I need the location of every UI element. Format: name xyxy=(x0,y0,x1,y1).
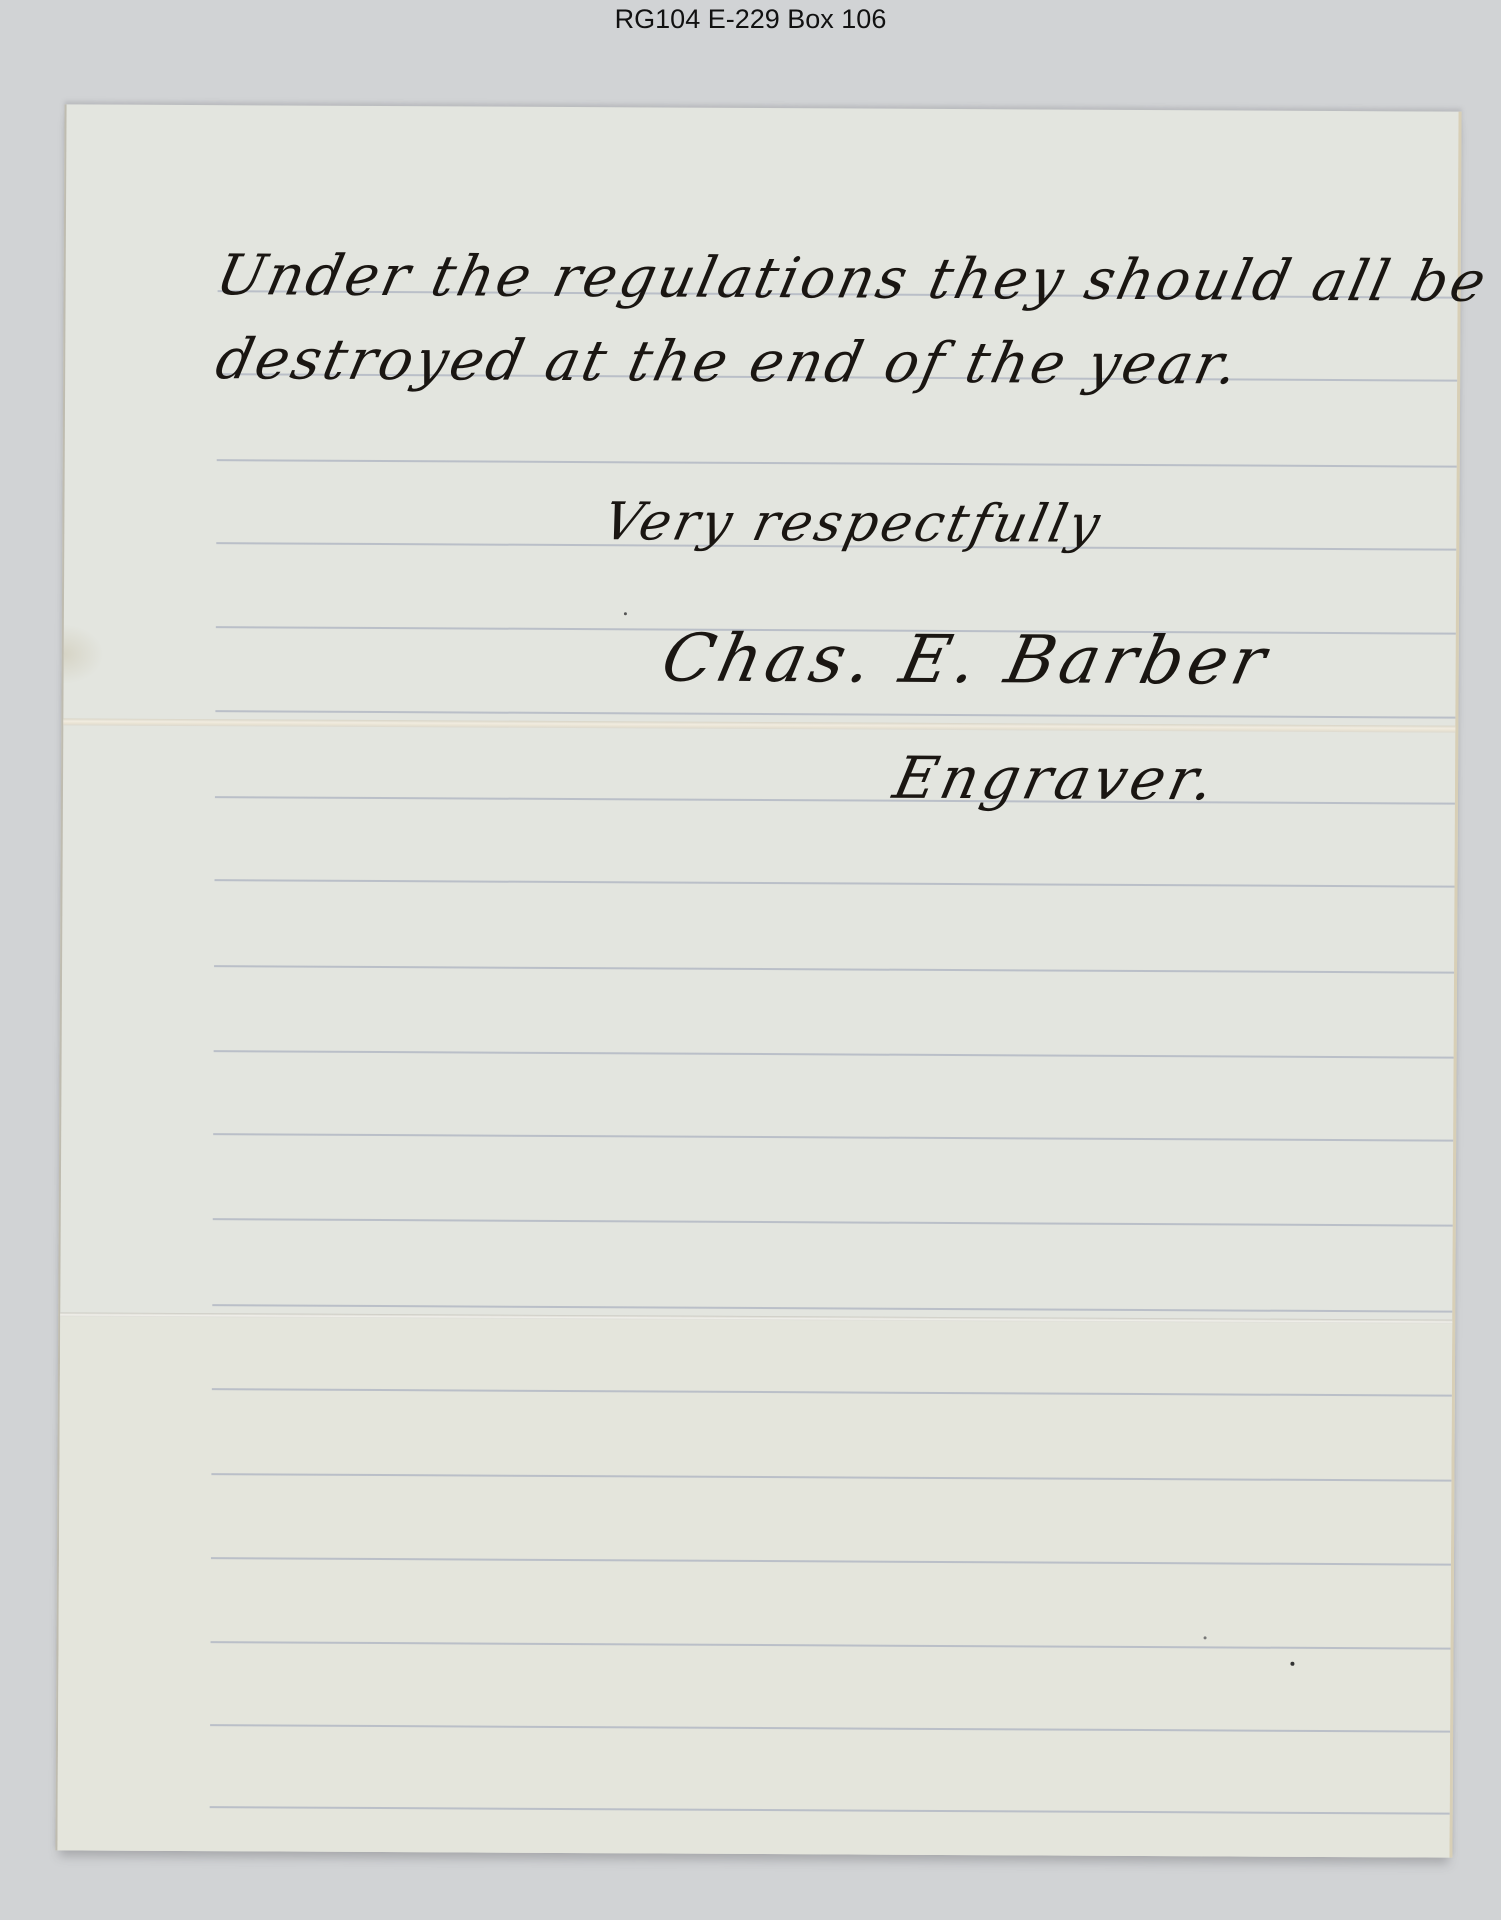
ruled-line xyxy=(212,1304,1452,1312)
ruled-line xyxy=(213,1218,1453,1226)
ink-speck xyxy=(624,612,627,615)
ruled-line xyxy=(214,1050,1454,1058)
ink-speck xyxy=(1204,1636,1207,1639)
archive-reference-label: RG104 E-229 Box 106 xyxy=(0,4,1501,35)
ink-speck xyxy=(1290,1662,1294,1666)
ruled-line xyxy=(215,710,1455,718)
signer-title: Engraver. xyxy=(888,744,1225,814)
ruled-line xyxy=(215,879,1455,887)
ruled-line xyxy=(213,1133,1453,1141)
letter-body-line-2: destroyed at the end of the year. xyxy=(210,327,1247,397)
ruled-line xyxy=(214,965,1454,973)
lower-fold-panel xyxy=(57,1314,1452,1857)
letter-signature: Chas. E. Barber xyxy=(655,620,1277,700)
letter-body-line-1: Under the regulations they should all be xyxy=(211,243,1495,315)
letter-page: Under the regulations they should all be… xyxy=(55,104,1461,1857)
fold-crease-upper xyxy=(63,718,1455,732)
letter-closing: Very respectfully xyxy=(598,492,1108,555)
ruled-line xyxy=(215,796,1455,804)
paper-stain xyxy=(64,624,104,684)
ruled-line xyxy=(217,459,1457,467)
